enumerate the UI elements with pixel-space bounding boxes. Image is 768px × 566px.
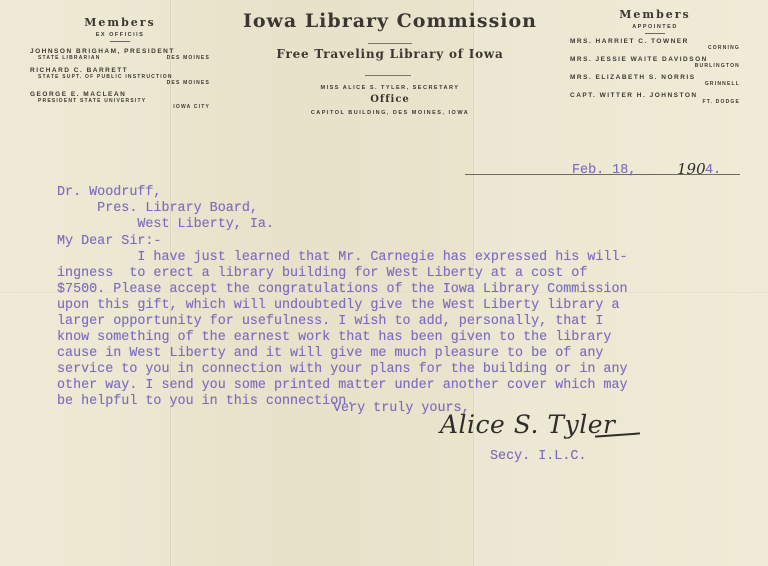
- members-heading: Members: [30, 16, 210, 29]
- member-city: CORNING: [570, 45, 740, 51]
- body-line: know something of the earnest work that …: [57, 330, 611, 346]
- member-entry: RICHARD C. BARRETT STATE SUPT. OF PUBLIC…: [30, 67, 210, 86]
- organization-title: Iowa Library Commission: [220, 10, 560, 32]
- date-year-typed: 4.: [705, 163, 721, 179]
- divider: [368, 43, 412, 44]
- date-typed: Feb. 18,: [572, 163, 636, 179]
- signer-title: Secy. I.L.C.: [490, 449, 586, 465]
- members-subheading: EX OFFICIIS: [30, 32, 210, 38]
- body-line: cause in West Liberty and it will give m…: [57, 346, 603, 362]
- member-name: CAPT. WITTER H. JOHNSTON: [570, 92, 740, 99]
- body-line: service to you in connection with your p…: [57, 362, 628, 378]
- body-line: larger opportunity for usefulness. I wis…: [57, 314, 603, 330]
- member-name: RICHARD C. BARRETT: [30, 67, 210, 74]
- member-entry: CAPT. WITTER H. JOHNSTON FT. DODGE: [570, 92, 740, 105]
- member-name: JOHNSON BRIGHAM, PRESIDENT: [30, 48, 210, 55]
- member-name: MRS. HARRIET C. TOWNER: [570, 38, 740, 45]
- member-entry: MRS. ELIZABETH S. NORRIS GRINNELL: [570, 74, 740, 87]
- member-name: MRS. ELIZABETH S. NORRIS: [570, 74, 740, 81]
- member-name: GEORGE E. MACLEAN: [30, 91, 210, 98]
- body-line: be helpful to you in this connection.: [57, 394, 354, 410]
- body-line: upon this gift, which will undoubtedly g…: [57, 298, 620, 314]
- member-entry: JOHNSON BRIGHAM, PRESIDENT STATE LIBRARI…: [30, 48, 210, 61]
- member-entry: MRS. JESSIE WAITE DAVIDSON BURLINGTON: [570, 56, 740, 69]
- handwritten-signature: Alice S. Tyler: [440, 410, 615, 439]
- recipient-line: Dr. Woodruff,: [57, 185, 161, 201]
- date-year-printed: 190: [677, 160, 706, 178]
- member-city: DES MOINES: [30, 80, 210, 86]
- members-appointed: Members APPOINTED MRS. HARRIET C. TOWNER…: [570, 8, 740, 105]
- office-address: CAPITOL BUILDING, DES MOINES, IOWA: [220, 110, 560, 116]
- members-ex-officio: Members EX OFFICIIS JOHNSON BRIGHAM, PRE…: [30, 16, 210, 110]
- office-label: Office: [220, 94, 560, 105]
- body-line: $7500. Please accept the congratulations…: [57, 282, 628, 298]
- body-line: I have just learned that Mr. Carnegie ha…: [57, 250, 628, 266]
- salutation: My Dear Sir:-: [57, 234, 161, 250]
- member-city: BURLINGTON: [570, 63, 740, 69]
- recipient-line: West Liberty, Ia.: [57, 217, 274, 233]
- members-subheading: APPOINTED: [570, 24, 740, 30]
- organization-subtitle: Free Traveling Library of Iowa: [220, 47, 560, 61]
- members-heading: Members: [570, 8, 740, 21]
- member-role: STATE LIBRARIAN: [38, 55, 101, 61]
- member-entry: MRS. HARRIET C. TOWNER CORNING: [570, 38, 740, 51]
- divider: [365, 75, 411, 76]
- divider: [645, 33, 665, 34]
- member-city: DES MOINES: [167, 55, 210, 61]
- body-line: other way. I send you some printed matte…: [57, 378, 628, 394]
- member-city: IOWA CITY: [30, 104, 210, 110]
- divider: [110, 41, 130, 42]
- body-line: ingness to erect a library building for …: [57, 266, 587, 282]
- secretary-line: MISS ALICE S. TYLER, SECRETARY: [220, 85, 560, 91]
- recipient-line: Pres. Library Board,: [57, 201, 258, 217]
- member-name: MRS. JESSIE WAITE DAVIDSON: [570, 56, 740, 63]
- member-city: GRINNELL: [570, 81, 740, 87]
- member-city: FT. DODGE: [570, 99, 740, 105]
- member-entry: GEORGE E. MACLEAN PRESIDENT STATE UNIVER…: [30, 91, 210, 110]
